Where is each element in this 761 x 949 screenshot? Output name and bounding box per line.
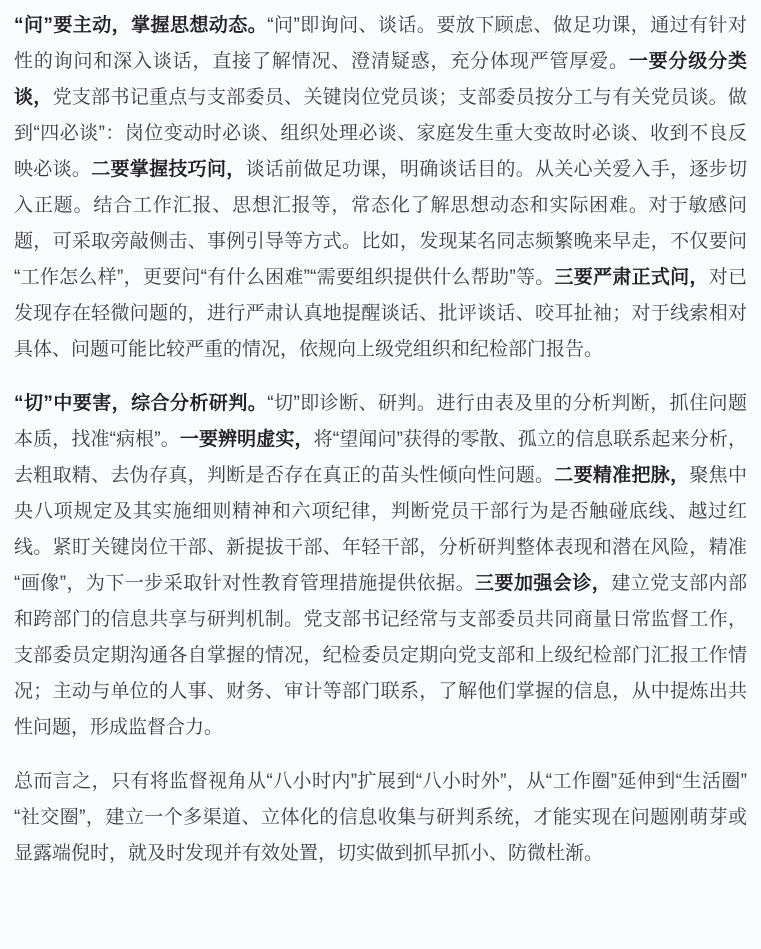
emphasis-run: 二要掌握技巧问，: [91, 159, 245, 180]
page-background: { "colors": { "background": "#fafbfc", "…: [0, 0, 761, 949]
paragraph: 总而言之，只有将监督视角从“八小时内”扩展到“八小时外”，从“工作圈”延伸到“生…: [14, 764, 747, 872]
article-body: “问”要主动，掌握思想动态。“问”即询问、谈话。要放下顾虑、做足功课，通过有针对…: [0, 0, 761, 872]
text-run: 建立党支部内部和跨部门的信息共享与研判机制。党支部书记经常与支部委员共同商量日常…: [14, 573, 747, 738]
emphasis-run: 三要加强会诊，: [475, 573, 611, 594]
paragraph: “切”中要害，综合分析研判。“切”即诊断、研判。进行由表及里的分析判断，抓住问题…: [14, 386, 747, 746]
text-run: 总而言之，只有将监督视角从“八小时内”扩展到“八小时外”，从“工作圈”延伸到“生…: [14, 771, 747, 864]
emphasis-run: 一要辨明虚实，: [180, 429, 314, 450]
emphasis-run: 三要严肃正式问，: [555, 267, 709, 288]
emphasis-run: 二要精准把脉，: [554, 465, 689, 486]
paragraph: “问”要主动，掌握思想动态。“问”即询问、谈话。要放下顾虑、做足功课，通过有针对…: [14, 8, 747, 368]
emphasis-run: “切”中要害，综合分析研判。: [14, 393, 267, 414]
emphasis-run: “问”要主动，掌握思想动态。: [14, 15, 267, 36]
